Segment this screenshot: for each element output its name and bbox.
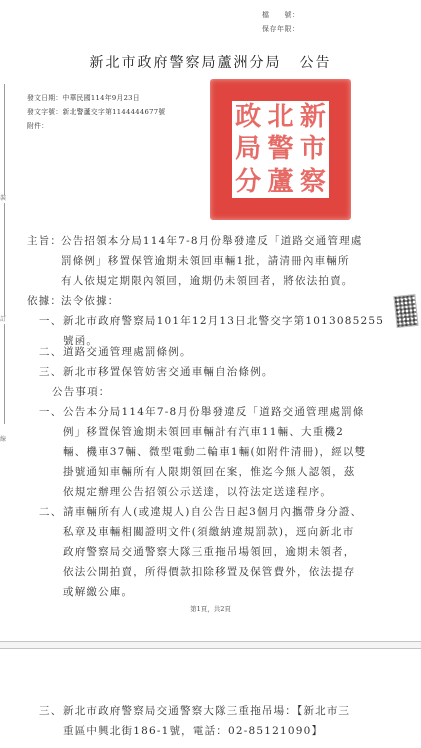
binding-line — [4, 84, 5, 424]
notice-item-num: 一、 — [39, 402, 62, 422]
subject-line: 公告招領本分局114年7-8月份舉發違反「道路交通管理處 — [61, 231, 363, 251]
notice-item-num: 二、 — [39, 502, 62, 522]
seal-char: 局 — [232, 133, 264, 165]
page-separator — [0, 641, 421, 649]
notice-label: 公告事項： — [52, 382, 111, 402]
agency-name: 新北市政府警察局蘆洲分局 — [90, 55, 282, 71]
notice-item-line: 或解繳公庫。 — [63, 582, 133, 602]
basis-label: 依據： — [27, 291, 62, 311]
basis-item-num: 三、 — [39, 362, 62, 382]
document-page-2: 三、 新北市政府警察局交通警察大隊三重拖吊場：【新北市三 重區中興北街186-1… — [0, 649, 421, 748]
binding-mark-xian: 線 — [0, 436, 6, 444]
attachment-label: 附件： — [27, 120, 48, 130]
notice-item-line: 依規定辦理公告招領公示送達，以符法定送達程序。 — [63, 482, 332, 502]
seal-char: 北 — [264, 101, 296, 133]
notice-item-line: 政府警察局交通警察大隊三重拖吊場領回，逾期未領者， — [63, 542, 356, 562]
basis-item-num: 二、 — [39, 342, 62, 362]
page-number: 第1頁，共2頁 — [0, 604, 421, 613]
qr-code-icon — [393, 294, 418, 328]
subject-label: 主旨： — [27, 231, 62, 251]
notice-item-num: 三、 — [39, 701, 62, 721]
basis-item-line: 新北市政府警察局101年12月13日北警交字第1013085255 — [63, 311, 384, 331]
subject-line: 罰條例」移置保管逾期未領回車輛1批，請清冊內車輛所 — [61, 251, 350, 271]
official-seal: 政 北 新 局 警 市 分 蘆 察 — [210, 79, 351, 220]
retention-label: 保存年限： — [262, 24, 300, 34]
seal-char: 蘆 — [264, 166, 296, 198]
basis-intro: 法令依據： — [61, 291, 120, 311]
reference-number: 發文字號：新北警蘆交字第1144444677號 — [27, 106, 166, 116]
notice-item-line: 依法公開拍賣，所得價款扣除移置及保管費外，依法提存 — [63, 562, 356, 582]
document-page-1: 裝 訂 線 檔 號： 保存年限： 新北市政府警察局蘆洲分局公告 發文日期：中華民… — [0, 0, 421, 641]
notice-item-line: 輛、機車37輛、微型電動二輪車1輛(如附件清冊)，經以雙 — [63, 442, 366, 462]
notice-item-line: 私章及車輛相關證明文件(須繳納違規罰款)，逕向新北市 — [63, 522, 354, 542]
notice-item-line: 請車輛所有人(或違規人)自公告日起3個月內攜帶身分證、 — [63, 502, 362, 522]
seal-char: 政 — [232, 101, 264, 133]
basis-item-line: 新北市移置保管妨害交通車輛自治條例。 — [63, 362, 274, 382]
basis-item-line: 道路交通管理處罰條例。 — [63, 342, 192, 362]
seal-char: 警 — [264, 133, 296, 165]
notice-item-line: 重區中興北街186-1號，電話：02-85121090】 — [63, 721, 323, 741]
binding-mark-zhuang: 裝 — [0, 195, 6, 203]
basis-item-num: 一、 — [39, 311, 62, 331]
seal-char: 市 — [297, 133, 329, 165]
notice-item-line: 公告本分局114年7-8月份舉發違反「道路交通管理處罰條 — [63, 402, 365, 422]
notice-item-line: 掛號通知車輛所有人限期領回在案，惟迄今無人認領，茲 — [63, 462, 356, 482]
seal-char: 分 — [232, 166, 264, 198]
file-number-label: 檔 號： — [262, 10, 300, 20]
notice-item-line: 例」移置保管逾期未領回車輛計有汽車11輛、大重機2 — [63, 422, 344, 442]
page-title: 新北市政府警察局蘆洲分局公告 — [0, 52, 421, 72]
seal-inner: 政 北 新 局 警 市 分 蘆 察 — [232, 101, 329, 198]
seal-char: 察 — [297, 166, 329, 198]
binding-mark-ding: 訂 — [0, 316, 6, 324]
seal-char: 新 — [297, 101, 329, 133]
doc-type: 公告 — [300, 55, 332, 71]
subject-line: 有人依規定期限內領回，逾期仍未領回者，將依法拍賣。 — [61, 271, 354, 291]
notice-item-line: 新北市政府警察局交通警察大隊三重拖吊場：【新北市三 — [63, 701, 350, 721]
issue-date: 發文日期：中華民國114年9月23日 — [27, 92, 140, 102]
